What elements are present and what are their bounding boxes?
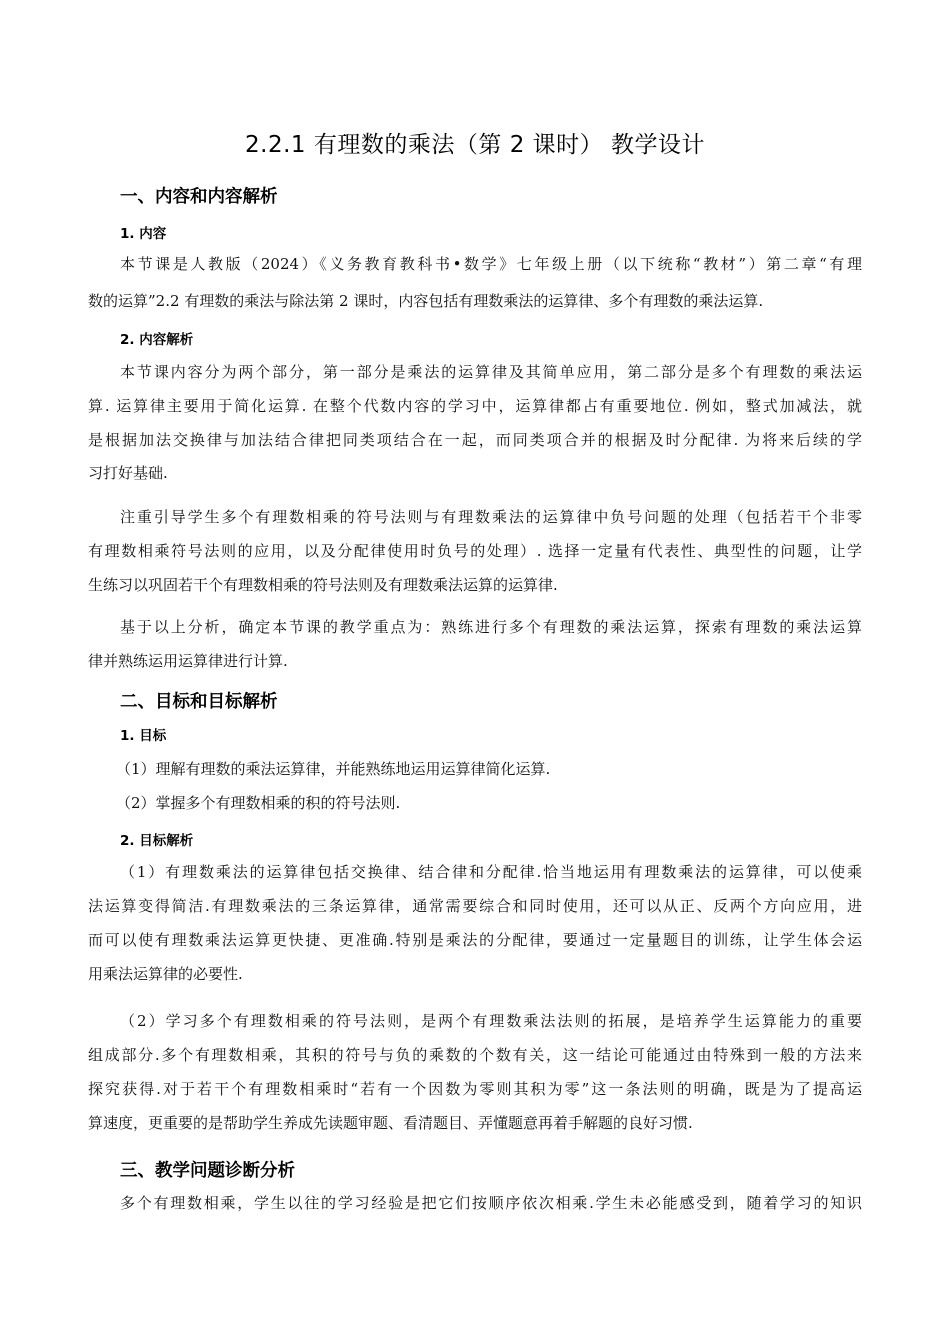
paragraph-line: 用乘法运算律的必要性.	[88, 964, 862, 984]
paragraph-line: 习打好基础.	[88, 463, 862, 483]
paragraph-line: 而可以使有理数乘法运算更快捷、更准确.特别是乘法的分配律，要通过一定量题目的训练…	[88, 930, 862, 950]
goal-item: （1）理解有理数的乘法运算律，并能熟练地运用运算律简化运算.	[116, 759, 862, 779]
section-heading-goals-analysis: 二、目标和目标解析	[120, 688, 278, 713]
paragraph-line: 有理数相乘符号法则的应用，以及分配律使用时负号的处理）. 选择一定量有代表性、典…	[88, 541, 862, 561]
subsection-heading-goals: 1. 目标	[120, 724, 166, 744]
subsection-heading-goals-analysis: 2. 目标解析	[120, 829, 193, 849]
paragraph-line: 组成部分.多个有理数相乘，其积的符号与负的乘数的个数有关，这一结论可能通过由特殊…	[88, 1045, 862, 1065]
goal-item: （2）掌握多个有理数相乘的积的符号法则.	[116, 793, 862, 813]
paragraph-line: （2）学习多个有理数相乘的符号法则，是两个有理数乘法法则的拓展，是培养学生运算能…	[120, 1011, 862, 1031]
paragraph-line: 基于以上分析，确定本节课的教学重点为：熟练进行多个有理数的乘法运算，探索有理数的…	[120, 617, 862, 637]
paragraph-line: 探究获得.对于若干个有理数相乘时“若有一个因数为零则其积为零”这一条法则的明确，…	[88, 1079, 862, 1099]
paragraph-line: 算速度，更重要的是帮助学生养成先读题审题、看清题目、弄懂题意再着手解题的良好习惯…	[88, 1113, 862, 1133]
paragraph-line: 律并熟练运用运算律进行计算.	[88, 651, 862, 671]
paragraph-line: 注重引导学生多个有理数相乘的符号法则与有理数乘法的运算律中负号问题的处理（包括若…	[120, 507, 862, 527]
section-heading-problem-diagnosis: 三、教学问题诊断分析	[120, 1157, 295, 1182]
paragraph-line: 多个有理数相乘，学生以往的学习经验是把它们按顺序依次相乘.学生未必能感受到，随着…	[120, 1193, 862, 1213]
paragraph-line: 数的运算”2.2 有理数的乘法与除法第 2 课时，内容包括有理数乘法的运算律、多…	[88, 291, 862, 311]
section-heading-content-analysis: 一、内容和内容解析	[120, 183, 278, 208]
paragraph-line: 本节课内容分为两个部分，第一部分是乘法的运算律及其简单应用，第二部分是多个有理数…	[120, 362, 862, 382]
paragraph-line: 算. 运算律主要用于简化运算. 在整个代数内容的学习中，运算律都占有重要地位. …	[88, 396, 862, 416]
subsection-heading-content: 1. 内容	[120, 222, 166, 242]
document-title: 2.2.1 有理数的乘法（第 2 课时） 教学设计	[0, 126, 950, 159]
document-page: 2.2.1 有理数的乘法（第 2 课时） 教学设计 一、内容和内容解析 1. 内…	[0, 0, 950, 1344]
paragraph-line: 生练习以巩固若干个有理数相乘的符号法则及有理数乘法运算的运算律.	[88, 575, 862, 595]
paragraph-line: （1）有理数乘法的运算律包括交换律、结合律和分配律.恰当地运用有理数乘法的运算律…	[120, 862, 862, 882]
paragraph-line: 是根据加法交换律与加法结合律把同类项结合在一起，而同类项合并的根据及时分配律. …	[88, 430, 862, 450]
paragraph-line: 本节课是人教版（2024）《义务教育教科书•数学》七年级上册（以下统称“教材”）…	[120, 254, 862, 274]
paragraph-line: 法运算变得简洁.有理数乘法的三条运算律，通常需要综合和同时使用，还可以从正、反两…	[88, 896, 862, 916]
subsection-heading-content-analysis: 2. 内容解析	[120, 328, 193, 348]
